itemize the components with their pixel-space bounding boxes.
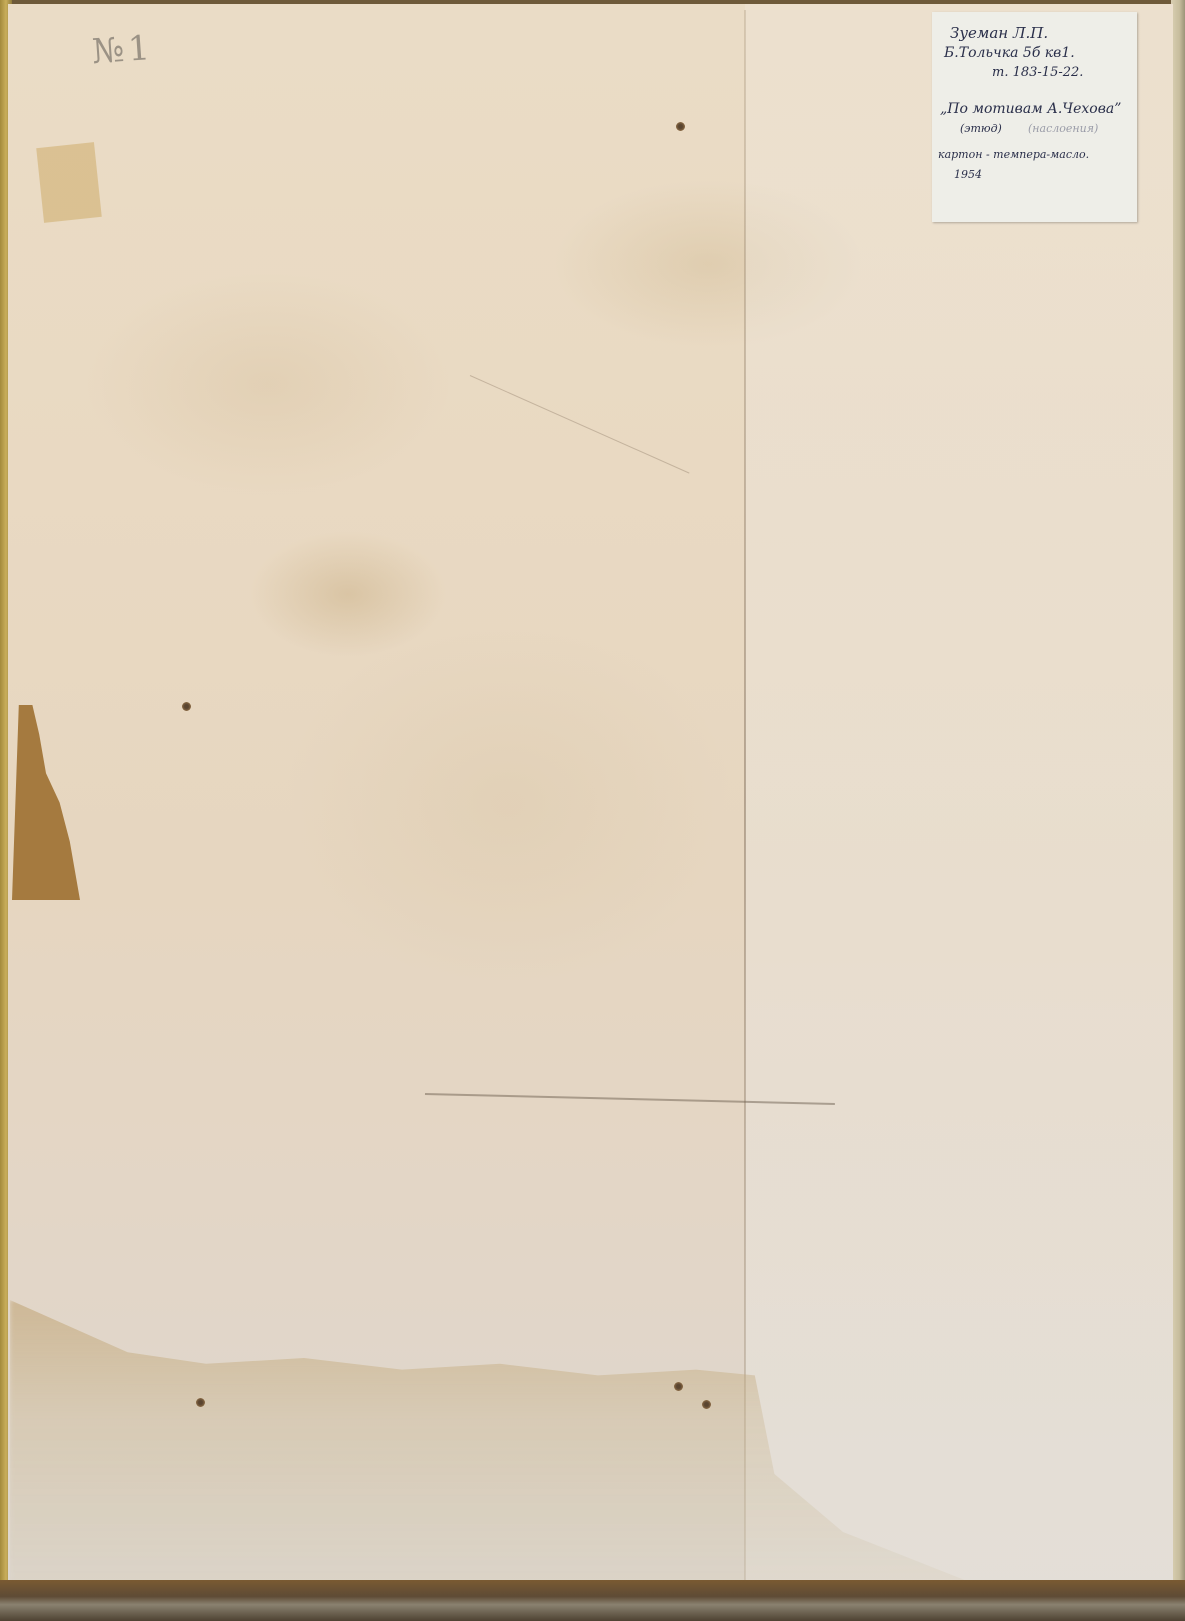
label-address: Б.Тольчка 5б кв1. [944,44,1075,62]
label-phone: т. 183-15-22. [992,64,1083,82]
label-title: „По мотивам А.Чехова” [940,100,1121,118]
label-medium: картон - темпера-масло. [938,146,1089,164]
tape-residue [36,142,102,223]
nail-hole [676,122,685,131]
cardboard-right-panel [745,4,1173,1596]
nail-hole [196,1398,205,1407]
nail-hole [702,1400,711,1409]
label-subtitle: (этюд) [960,120,1002,138]
pencil-mark: №1 [91,28,155,72]
label-year: 1954 [954,166,982,184]
label-faint-note: (наслоения) [1028,120,1098,138]
label-artist: Зуеман Л.П. [950,24,1048,42]
vertical-seam [744,10,746,1585]
nail-hole [182,702,191,711]
frame-edge-right [1171,0,1185,1621]
catalogue-label: Зуеман Л.П. Б.Тольчка 5б кв1. т. 183-15-… [932,12,1137,222]
frame-edge-bottom [0,1580,1185,1621]
nail-hole [674,1382,683,1391]
